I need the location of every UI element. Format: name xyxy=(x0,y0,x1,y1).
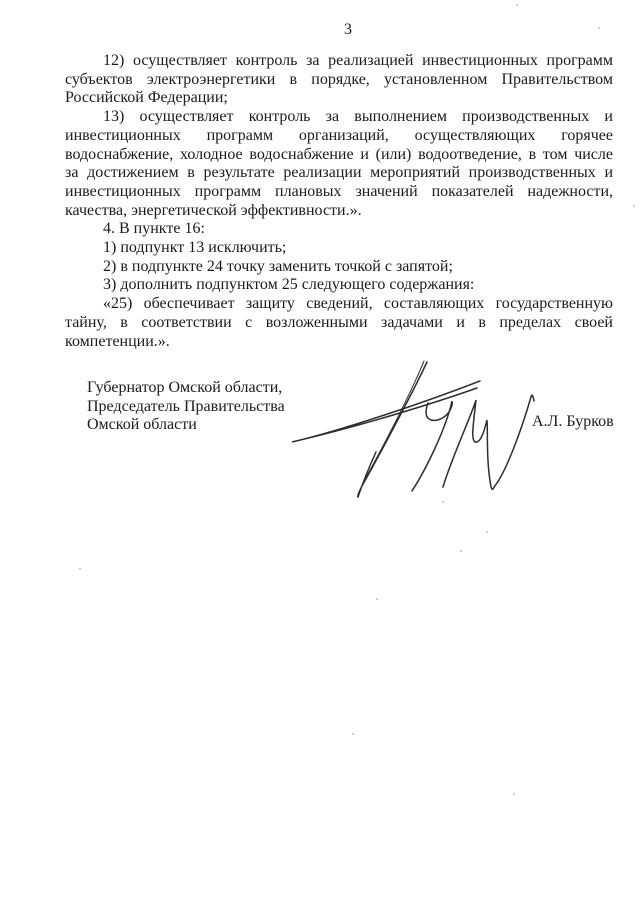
document-line: 3) дополнить подпунктом 25 следующего со… xyxy=(65,276,613,295)
document-line: водоснабжение, холодное водоснабжение и … xyxy=(65,146,613,165)
document-line: «25) обеспечивает защиту сведений, соста… xyxy=(65,295,613,314)
document-body: 12) осуществляет контроль за реализацией… xyxy=(65,52,613,351)
document-page: 3 12) осуществляет контроль за реализаци… xyxy=(0,0,640,905)
scan-speck xyxy=(442,501,444,503)
document-line: 13) осуществляет контроль за выполнением… xyxy=(65,108,613,127)
scan-speck xyxy=(486,531,488,533)
scan-speck xyxy=(352,733,354,735)
document-line: 12) осуществляет контроль за реализацией… xyxy=(65,52,613,71)
scan-speck xyxy=(79,568,81,570)
document-line: качества, энергетической эффективности.»… xyxy=(65,202,613,221)
document-line: тайну, в соответствии с возложенными зад… xyxy=(65,314,613,333)
signatory-title-line: Губернатор Омской области, xyxy=(87,379,285,398)
page-number: 3 xyxy=(300,21,396,39)
signature-scrawl xyxy=(285,352,540,507)
scan-speck xyxy=(633,205,635,207)
signatory-title-line: Омской области xyxy=(87,416,285,435)
document-line: 1) подпункт 13 исключить; xyxy=(65,239,613,258)
document-line: инвестиционных программ организаций, осу… xyxy=(65,127,613,146)
signatory-title: Губернатор Омской области, Председатель … xyxy=(87,379,285,435)
signer-name: А.Л. Бурков xyxy=(532,413,614,431)
document-line: 2) в подпункте 24 точку заменить точкой … xyxy=(65,258,613,277)
document-line: компетенции.». xyxy=(65,333,613,352)
scan-speck xyxy=(516,4,518,6)
scan-speck xyxy=(513,793,515,795)
document-line: инвестиционных программ плановых значени… xyxy=(65,183,613,202)
document-line: 4. В пункте 16: xyxy=(65,220,613,239)
scan-speck xyxy=(598,27,600,29)
signatory-title-line: Председатель Правительства xyxy=(87,398,285,417)
scan-speck xyxy=(460,550,462,552)
document-line: субъектов электроэнергетики в порядке, у… xyxy=(65,71,613,90)
scan-speck xyxy=(376,598,378,600)
document-line: Российской Федерации; xyxy=(65,89,613,108)
document-line: за достижением в результате реализации м… xyxy=(65,164,613,183)
